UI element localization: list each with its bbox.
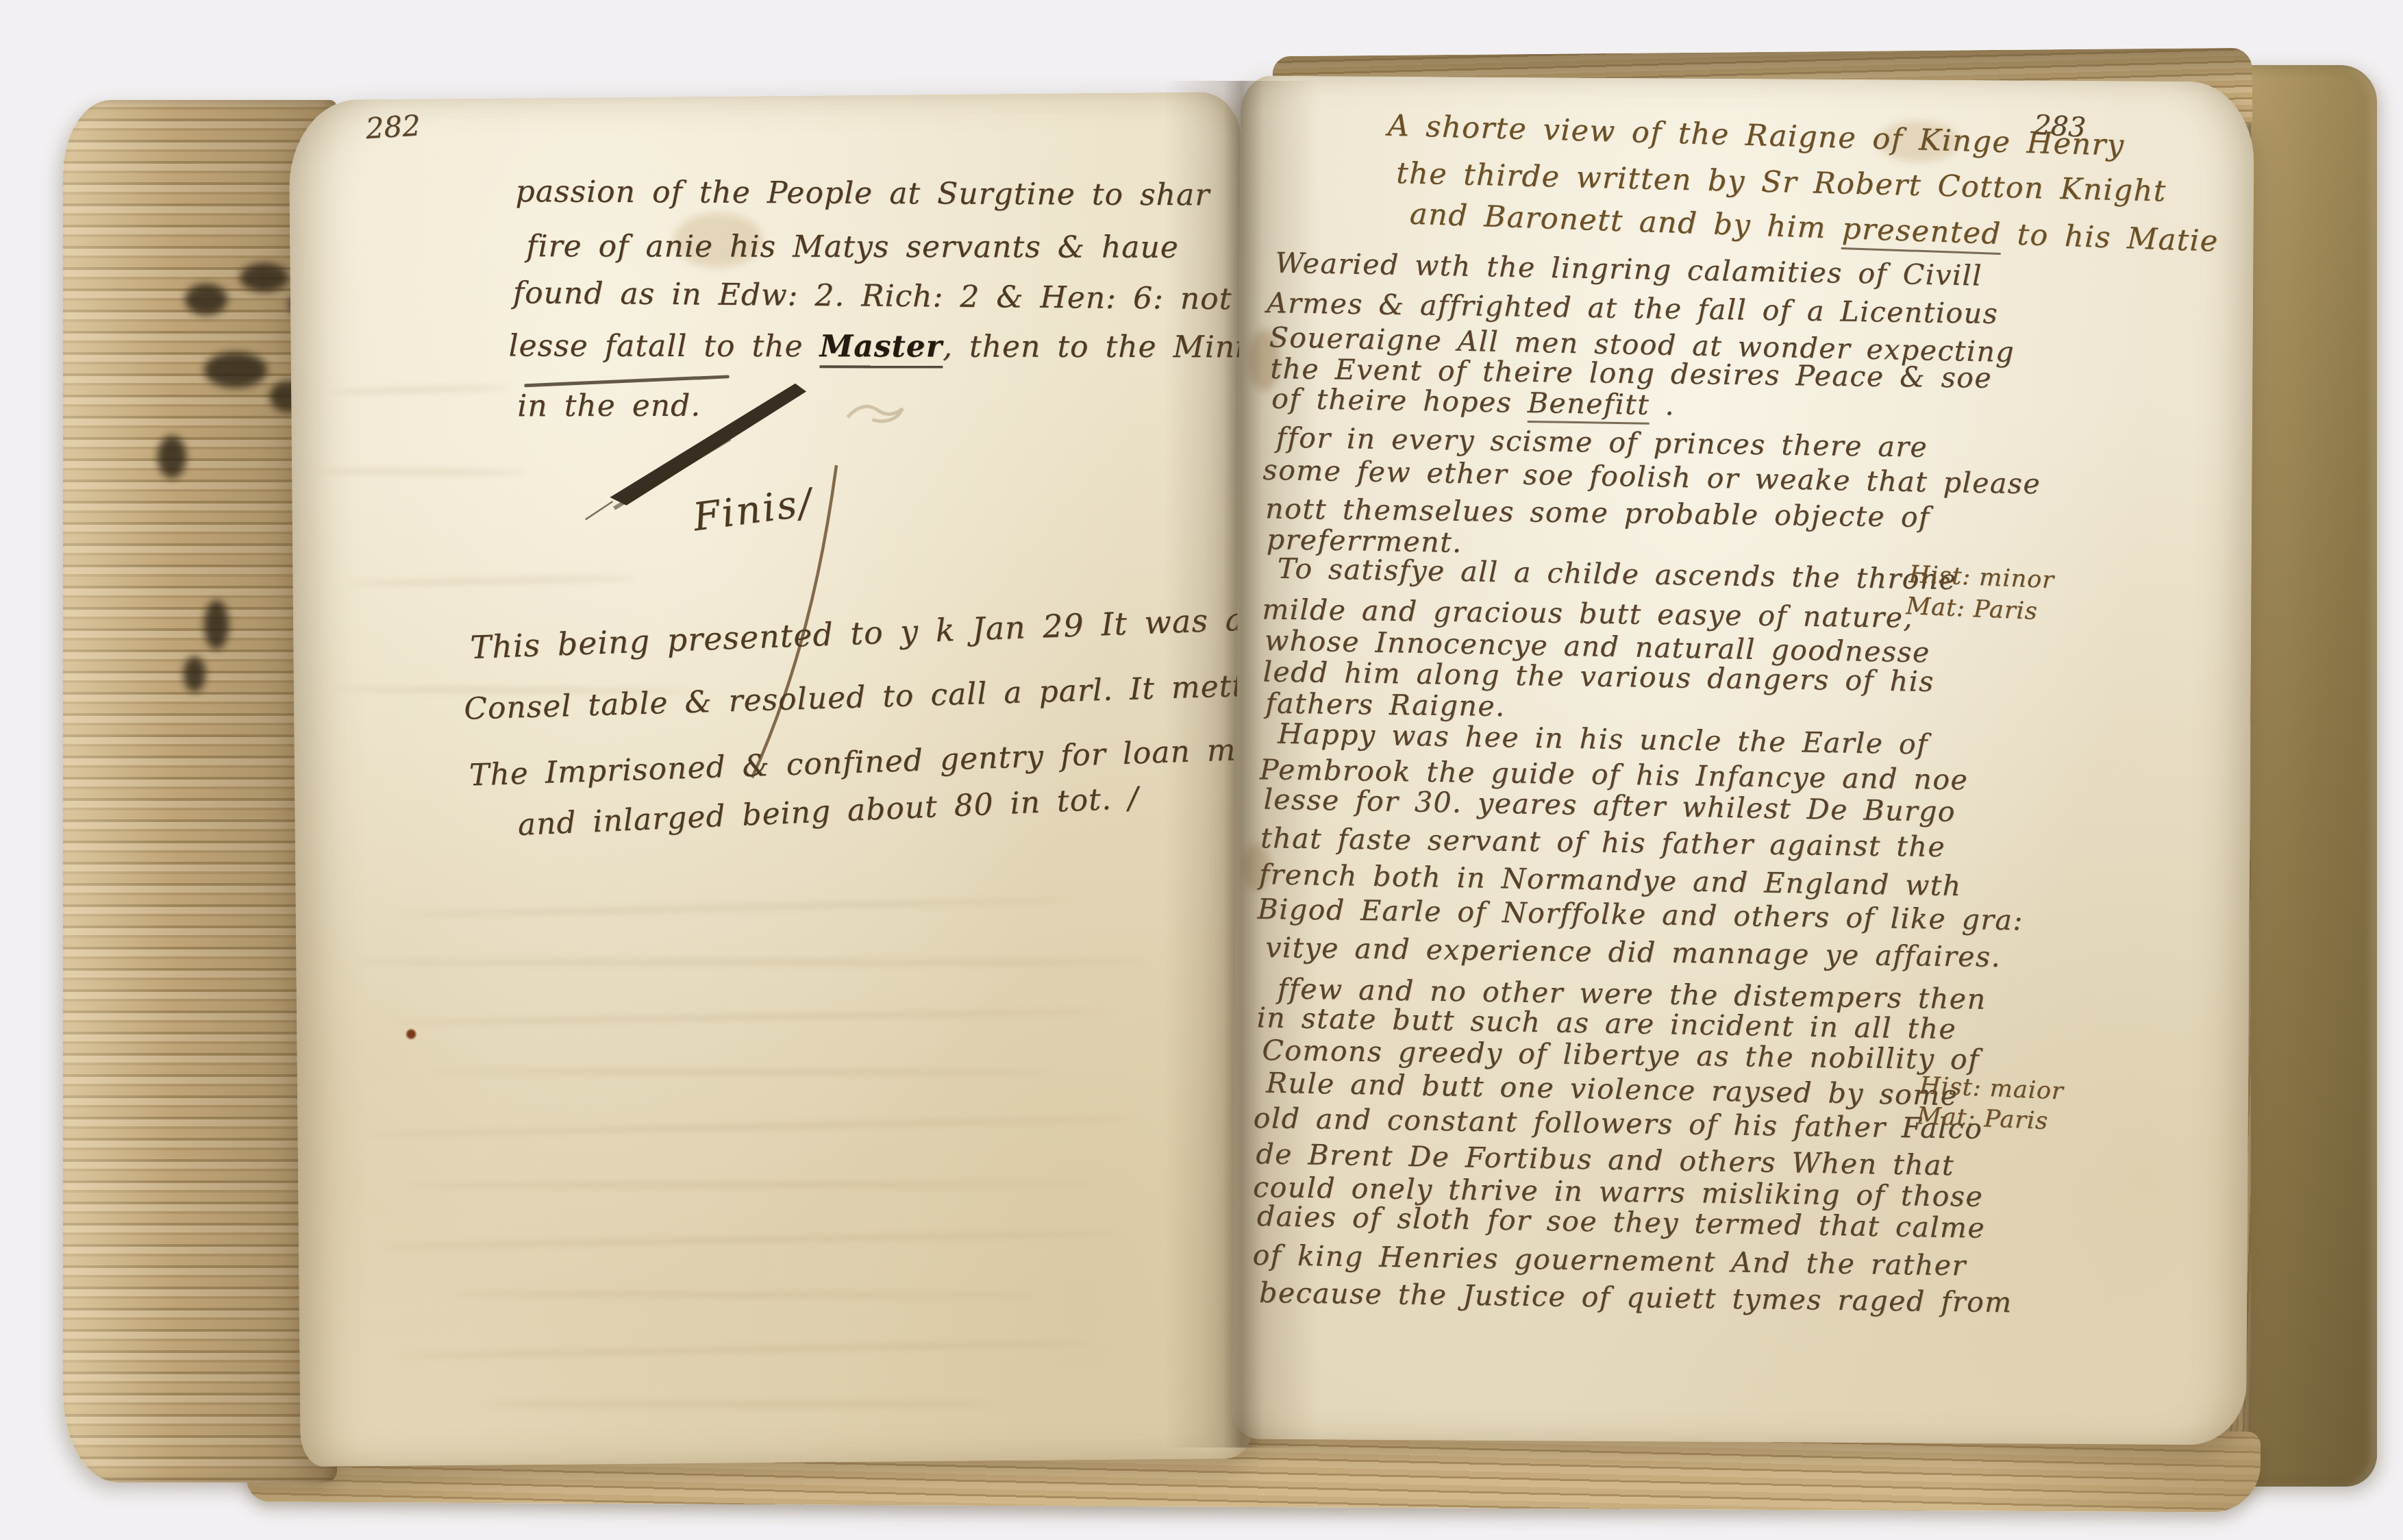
ink-blot xyxy=(158,436,186,478)
manuscript-line: that faste servant of his father against… xyxy=(1260,821,1945,863)
manuscript-line: To satisfye all a childe ascends the thr… xyxy=(1277,552,1957,596)
manuscript-line: of theire hopes Benefitt . xyxy=(1271,382,1676,422)
manuscript-page-right: 283 A shorte view of the Raigne of Kinge… xyxy=(1232,75,2254,1445)
page-title-line: A shorte view of the Raigne of Kinge Hen… xyxy=(1387,109,2125,163)
manuscript-photo: 523 282 passion of the People at Surgtin… xyxy=(0,0,2403,1540)
ink-blot xyxy=(204,352,267,388)
underlined-word: Benefitt xyxy=(1527,386,1649,425)
manuscript-line: because the Justice of quiett tymes rage… xyxy=(1259,1276,2013,1319)
underlined-word: presented xyxy=(1841,212,2002,255)
line-segment: to his Matie xyxy=(2001,217,2219,259)
manuscript-page-left: 282 passion of the People at Surgtine to… xyxy=(288,92,1252,1467)
ink-blot xyxy=(185,284,227,315)
line-segment: and Baronett and by him xyxy=(1409,197,1843,246)
margin-note-line: Mat: Paris xyxy=(1906,593,2039,625)
manuscript-line: of king Henries gouernement And the rath… xyxy=(1252,1239,1967,1282)
manuscript-line: Wearied wth the lingring calamities of C… xyxy=(1275,247,1982,293)
line-segment: . xyxy=(1649,388,1676,422)
ink-blot xyxy=(184,656,206,692)
margin-note-line: Mat: Paris xyxy=(1916,1102,2049,1135)
ink-blot xyxy=(204,600,229,649)
manuscript-line: vitye and experience did mannage ye affa… xyxy=(1265,931,2001,973)
line-segment: of theire hopes xyxy=(1271,382,1528,419)
ink-blot xyxy=(240,263,289,292)
